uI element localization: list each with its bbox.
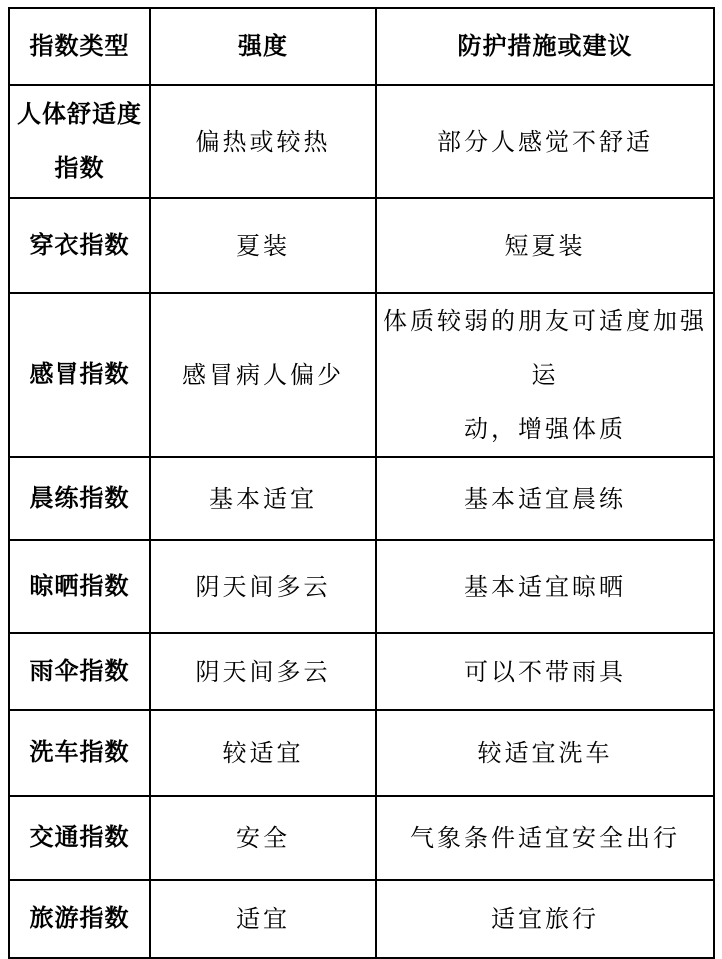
advice-cell: 基本适宜晾晒	[376, 540, 714, 633]
advice-cell: 基本适宜晨练	[376, 457, 714, 540]
index-type-cell: 旅游指数	[9, 880, 150, 926]
index-type-cell: 洗车指数	[9, 710, 150, 796]
table-row-umbrella-index: 雨伞指数 阴天间多云 可以不带雨具	[9, 633, 714, 710]
advice-cell: 体质较弱的朋友可适度加强运 动，增强体质	[376, 293, 714, 457]
strength-cell: 阴天间多云	[150, 633, 376, 710]
table-row-dressing-index: 穿衣指数 夏装 短夏装	[9, 198, 714, 293]
strength-cell: 夏装	[150, 198, 376, 293]
col-header-advice: 防护措施或建议	[376, 8, 714, 85]
col-header-index-type: 指数类型	[9, 8, 150, 85]
table-row-morning-exercise-index: 晨练指数 基本适宜 基本适宜晨练	[9, 457, 714, 540]
table-row-comfort-index: 人体舒适度 指数 偏热或较热 部分人感觉不舒适	[9, 85, 714, 198]
advice-cell: 气象条件适宜安全出行	[376, 796, 714, 880]
weather-index-table: 指数类型 强度 防护措施或建议 人体舒适度 指数 偏热或较热 部分人感觉不舒适 …	[8, 7, 715, 926]
table-row-drying-index: 晾晒指数 阴天间多云 基本适宜晾晒	[9, 540, 714, 633]
strength-cell: 感冒病人偏少	[150, 293, 376, 457]
strength-cell: 较适宜	[150, 710, 376, 796]
table-row-travel-index: 旅游指数 适宜 适宜旅行	[9, 880, 714, 926]
advice-cell: 部分人感觉不舒适	[376, 85, 714, 198]
weather-index-table-container: 指数类型 强度 防护措施或建议 人体舒适度 指数 偏热或较热 部分人感觉不舒适 …	[8, 7, 715, 926]
strength-cell: 阴天间多云	[150, 540, 376, 633]
col-header-strength: 强度	[150, 8, 376, 85]
table-row-cold-index: 感冒指数 感冒病人偏少 体质较弱的朋友可适度加强运 动，增强体质	[9, 293, 714, 457]
table-row-traffic-index: 交通指数 安全 气象条件适宜安全出行	[9, 796, 714, 880]
advice-cell: 可以不带雨具	[376, 633, 714, 710]
index-type-cell: 穿衣指数	[9, 198, 150, 293]
table-row-carwash-index: 洗车指数 较适宜 较适宜洗车	[9, 710, 714, 796]
index-type-cell: 雨伞指数	[9, 633, 150, 710]
strength-cell: 安全	[150, 796, 376, 880]
strength-cell: 适宜	[150, 880, 376, 926]
strength-cell: 基本适宜	[150, 457, 376, 540]
index-type-cell: 感冒指数	[9, 293, 150, 457]
index-type-cell: 晨练指数	[9, 457, 150, 540]
index-type-cell: 交通指数	[9, 796, 150, 880]
strength-cell: 偏热或较热	[150, 85, 376, 198]
advice-cell: 较适宜洗车	[376, 710, 714, 796]
table-header-row: 指数类型 强度 防护措施或建议	[9, 8, 714, 85]
advice-cell: 适宜旅行	[376, 880, 714, 926]
index-type-cell: 晾晒指数	[9, 540, 150, 633]
index-type-cell: 人体舒适度 指数	[9, 85, 150, 198]
advice-cell: 短夏装	[376, 198, 714, 293]
